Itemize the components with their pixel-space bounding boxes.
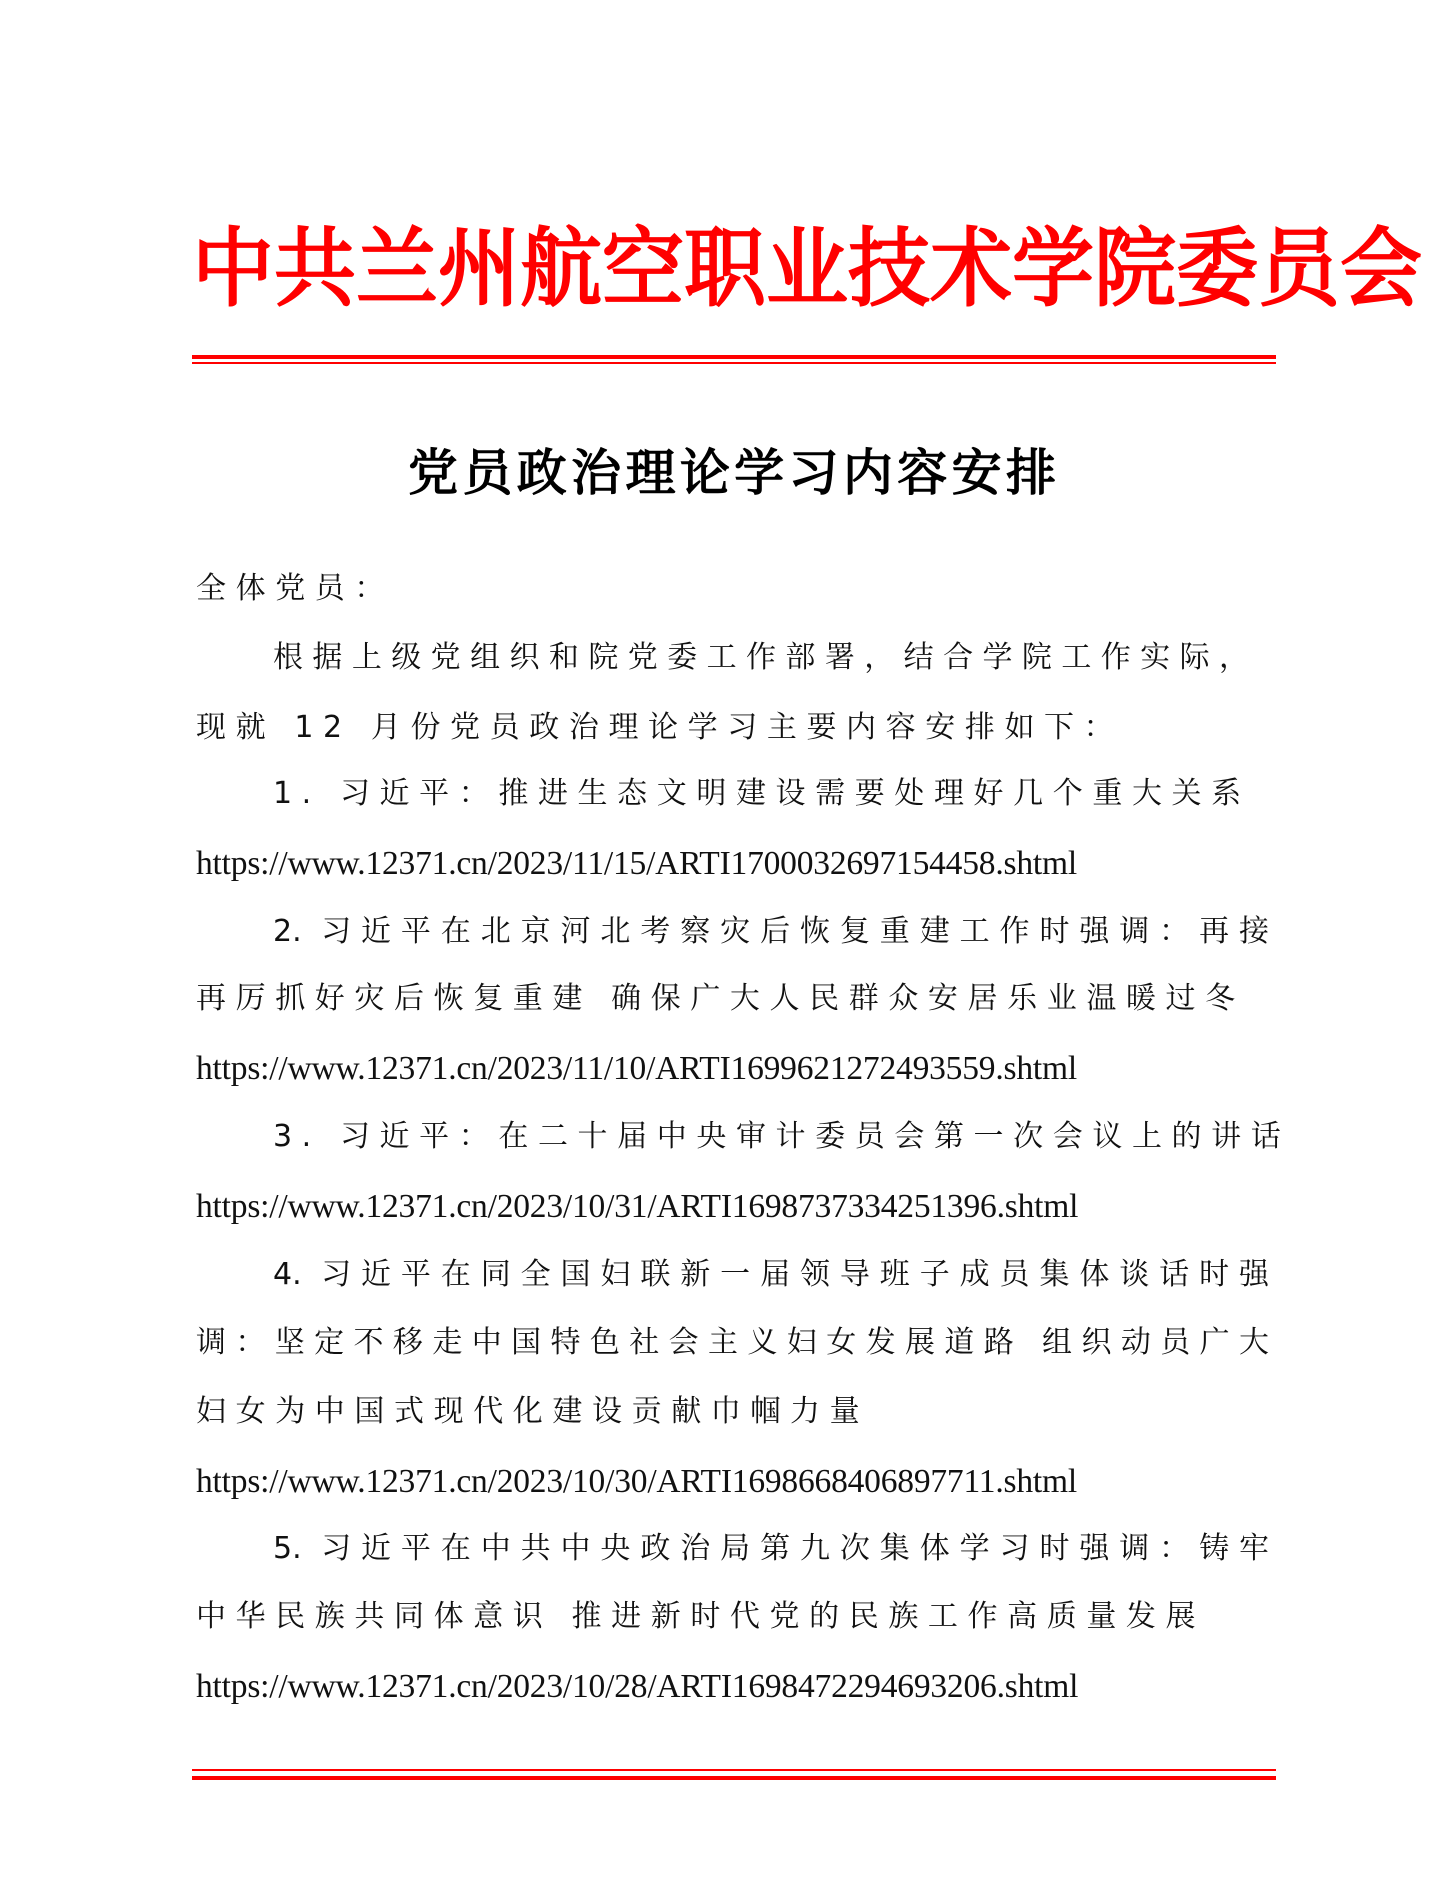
item-4-title-line-2: 调：坚定不移走中国特色社会主义妇女发展道路 组织动员广大: [196, 1321, 1269, 1365]
item-2-title-line-1: 2. 习近平在北京河北考察灾后恢复重建工作时强调：再接: [273, 910, 1269, 954]
document-title: 党员政治理论学习内容安排: [408, 442, 1056, 504]
intro-line-2: 现就 12 月份党员政治理论学习主要内容安排如下：: [196, 706, 1123, 750]
masthead-rule-thick: [192, 355, 1276, 359]
item-2-title-line-2: 再厉抓好灾后恢复重建 确保广大人民群众安居乐业温暖过冬: [196, 977, 1245, 1021]
salutation: 全体党员：: [196, 567, 394, 611]
item-4-link[interactable]: https://www.12371.cn/2023/10/30/ARTI1698…: [196, 1460, 1077, 1504]
intro-line-1: 根据上级党组织和院党委工作部署，结合学院工作实际，: [273, 636, 1249, 680]
item-5-link[interactable]: https://www.12371.cn/2023/10/28/ARTI1698…: [196, 1665, 1078, 1709]
document-page: 中共兰州航空职业技术学院委员会 党员政治理论学习内容安排 全体党员： 根据上级党…: [0, 0, 1448, 1885]
item-2-link[interactable]: https://www.12371.cn/2023/11/10/ARTI1699…: [196, 1047, 1077, 1091]
masthead-rule-thin: [192, 362, 1276, 364]
item-3-link[interactable]: https://www.12371.cn/2023/10/31/ARTI1698…: [196, 1185, 1078, 1229]
item-4-title-line-3: 妇女为中国式现代化建设贡献巾帼力量: [196, 1390, 869, 1434]
item-5-title-line-1: 5. 习近平在中共中央政治局第九次集体学习时强调：铸牢: [273, 1527, 1269, 1571]
item-5-title-line-2: 中华民族共同体意识 推进新时代党的民族工作高质量发展: [196, 1595, 1205, 1639]
footer-rule-thick: [192, 1776, 1276, 1780]
footer-rule-thin: [192, 1769, 1276, 1771]
item-1-title: 1. 习近平：推进生态文明建设需要处理好几个重大关系: [273, 772, 1251, 816]
item-1-link[interactable]: https://www.12371.cn/2023/11/15/ARTI1700…: [196, 842, 1077, 886]
item-3-title: 3. 习近平：在二十届中央审计委员会第一次会议上的讲话: [273, 1115, 1290, 1159]
masthead-title: 中共兰州航空职业技术学院委员会: [192, 218, 1254, 319]
item-4-title-line-1: 4. 习近平在同全国妇联新一届领导班子成员集体谈话时强: [273, 1253, 1269, 1297]
